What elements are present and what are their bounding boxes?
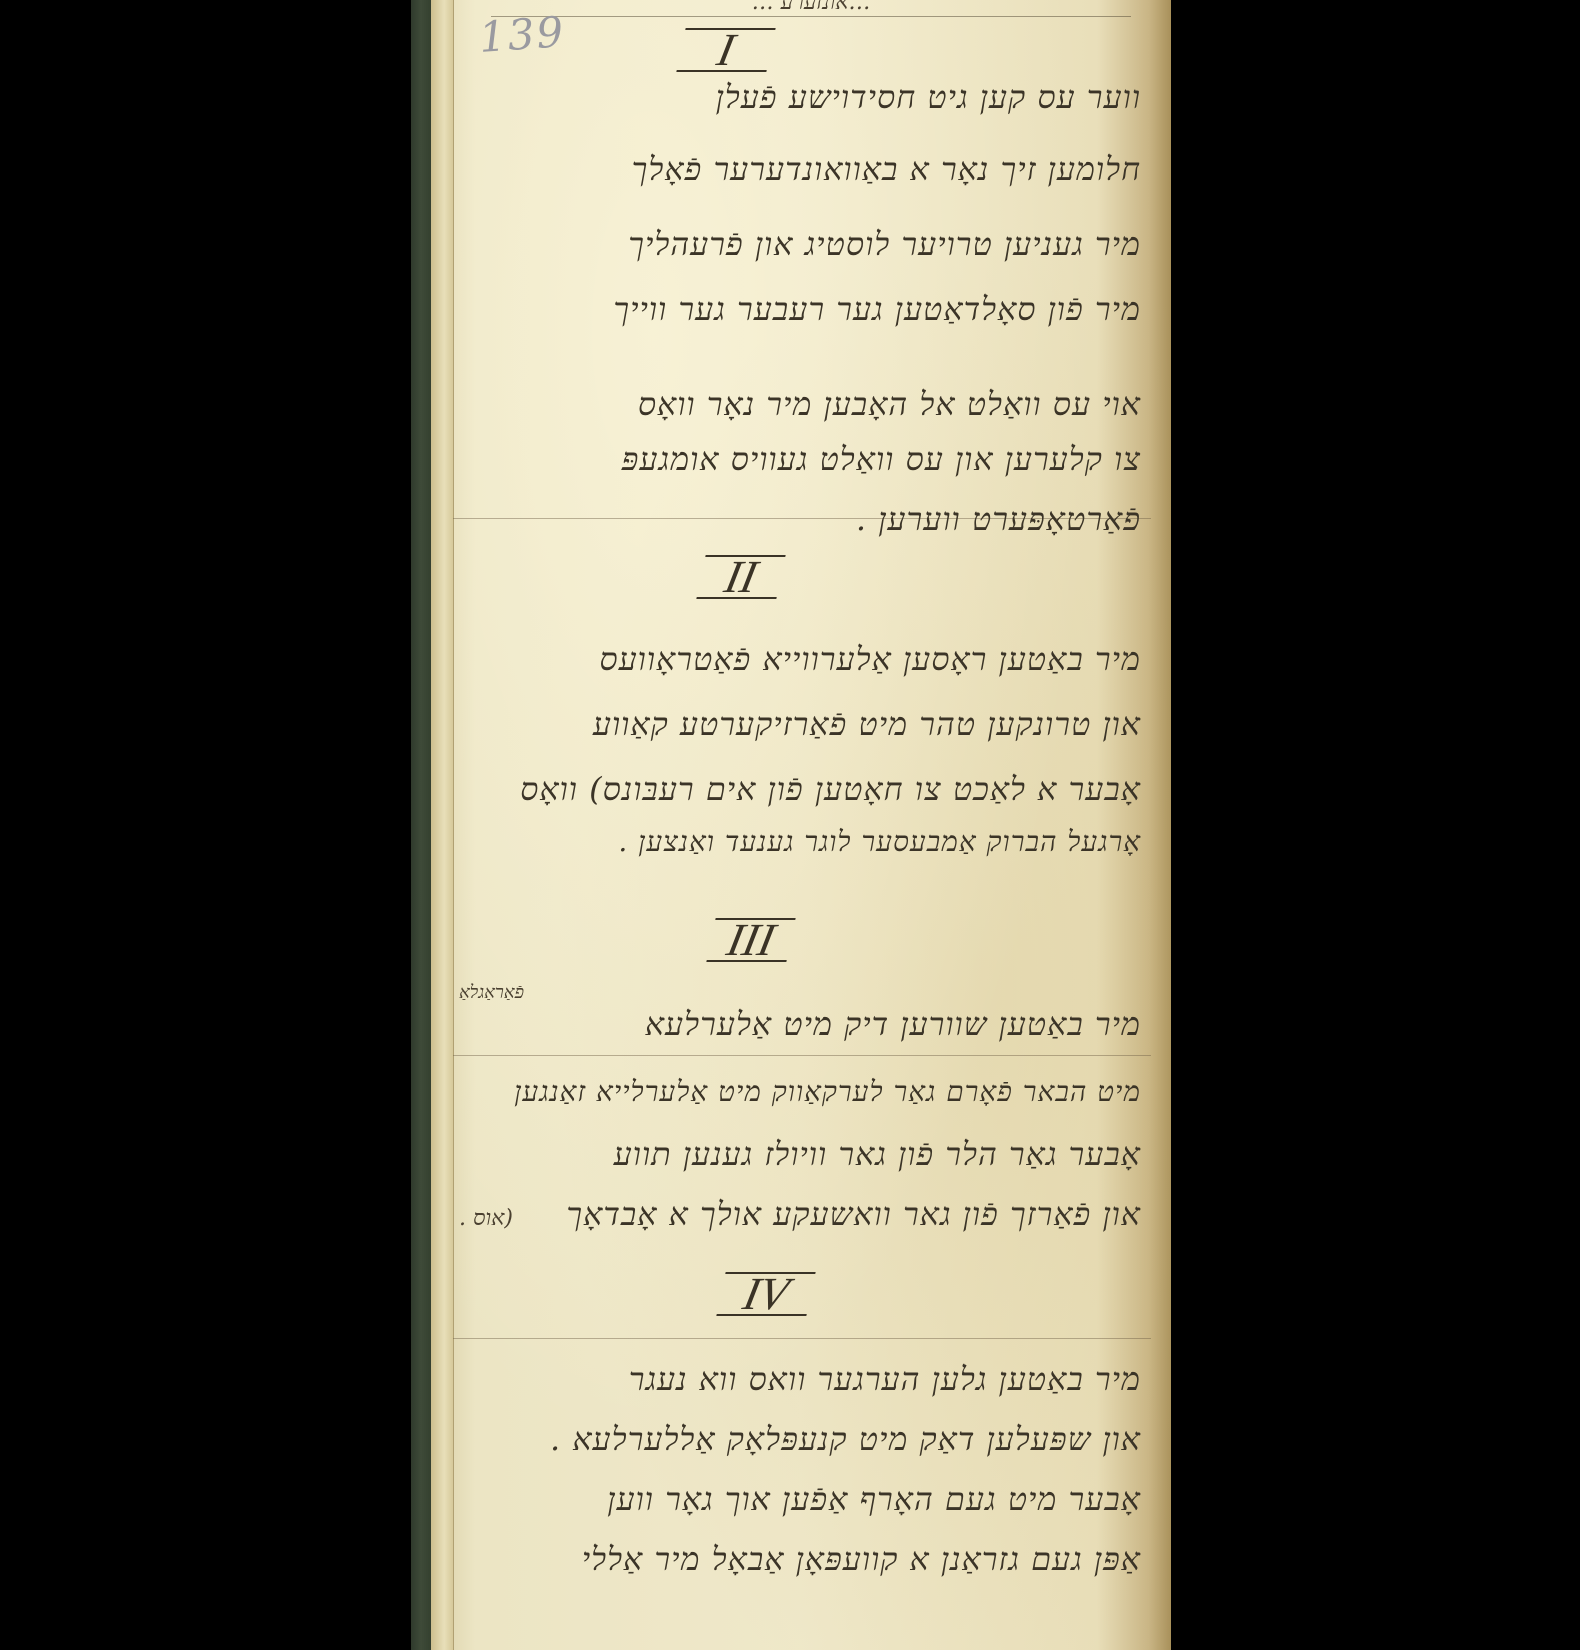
section-numeral-1: I xyxy=(676,28,775,72)
section-4-line-2: און שפּעלען דאַק מיט קנעפּלאָק אַללערלעא… xyxy=(461,1420,1141,1458)
section-2-line-4: אָרגעל הברוק אַמבעסער לוגר גענעד ואַנצען… xyxy=(491,825,1141,859)
section-1-line-6: צו קלערען און עס וואַלט געוויס אומגעפּ xyxy=(481,440,1141,478)
section-numeral-4: IV xyxy=(716,1272,815,1316)
page-gutter xyxy=(431,0,454,1650)
section-3-line-1: מיר באַטען שוורען דיק מיט אַלערלעא xyxy=(491,1005,1141,1043)
folio-number: 139 xyxy=(477,7,566,62)
section-1-line-2: חלומען זיך נאָר א באַוואונדערער פֿאָלך xyxy=(511,150,1141,188)
section-2-line-3: אָבער א לאַכט צו חאָטען פֿון אים רעבּונס… xyxy=(461,770,1141,808)
page-fold-line xyxy=(453,1338,1151,1339)
section-3-line-2: מיט הבאר פֿאָרם גאַר לערקאַווק מיט אַלער… xyxy=(461,1075,1141,1109)
page-header-fragment: …אונזערע … xyxy=(491,0,1131,17)
section-2-line-2: און טרונקען טהר מיט פֿאַרזיקערטע קאַווע xyxy=(461,705,1141,743)
section-numeral-2: II xyxy=(696,555,785,599)
manuscript-page: …אונזערע … 139 I ווער עס קען גיט חסידויש… xyxy=(431,0,1171,1650)
section-4-line-4: אַפּן געם גזראַנן א קוועפּאָן אַבאָל מיר… xyxy=(461,1540,1141,1578)
section-3-line-4: און פֿאַרזך פֿון גאר וואשעקע אולך א אָבד… xyxy=(461,1195,1141,1233)
section-1-line-4: מיר פֿון סאָלדאַטען גער רעבער גער ווייך xyxy=(461,290,1141,328)
section-4-line-1: מיר באַטען גלען הערגער וואס ווא נעגר xyxy=(461,1360,1141,1398)
section-1-line-5: אוי עס וואַלט אל האָבען מיר נאָר וואָס xyxy=(461,385,1141,423)
page-fold-line xyxy=(453,1055,1151,1056)
section-1-line-1: ווער עס קען גיט חסידוישע פֿעלן xyxy=(511,78,1141,116)
section-3-line-3: אָבער גאַר הלר פֿון גאר וויולז גענען תוו… xyxy=(461,1135,1141,1173)
section-3-line-5: (אוס . xyxy=(459,1205,513,1231)
book-binding xyxy=(411,0,431,1650)
section-1-line-3: מיר געניען טרויער לוסטיג און פֿרעהליך xyxy=(461,225,1141,263)
section-numeral-3: III xyxy=(706,918,795,962)
margin-note: פֿאַראַגלאַ xyxy=(459,982,524,1003)
section-1-line-7: פֿאַרטאָפּערט ווערען . xyxy=(691,500,1141,538)
section-4-line-3: אָבער מיט געם האָרף אַפֿען אוך גאָר ווען xyxy=(461,1480,1141,1518)
section-2-line-1: מיר באַטען ראָסען אַלערווייא פֿאַטראָווע… xyxy=(461,640,1141,678)
